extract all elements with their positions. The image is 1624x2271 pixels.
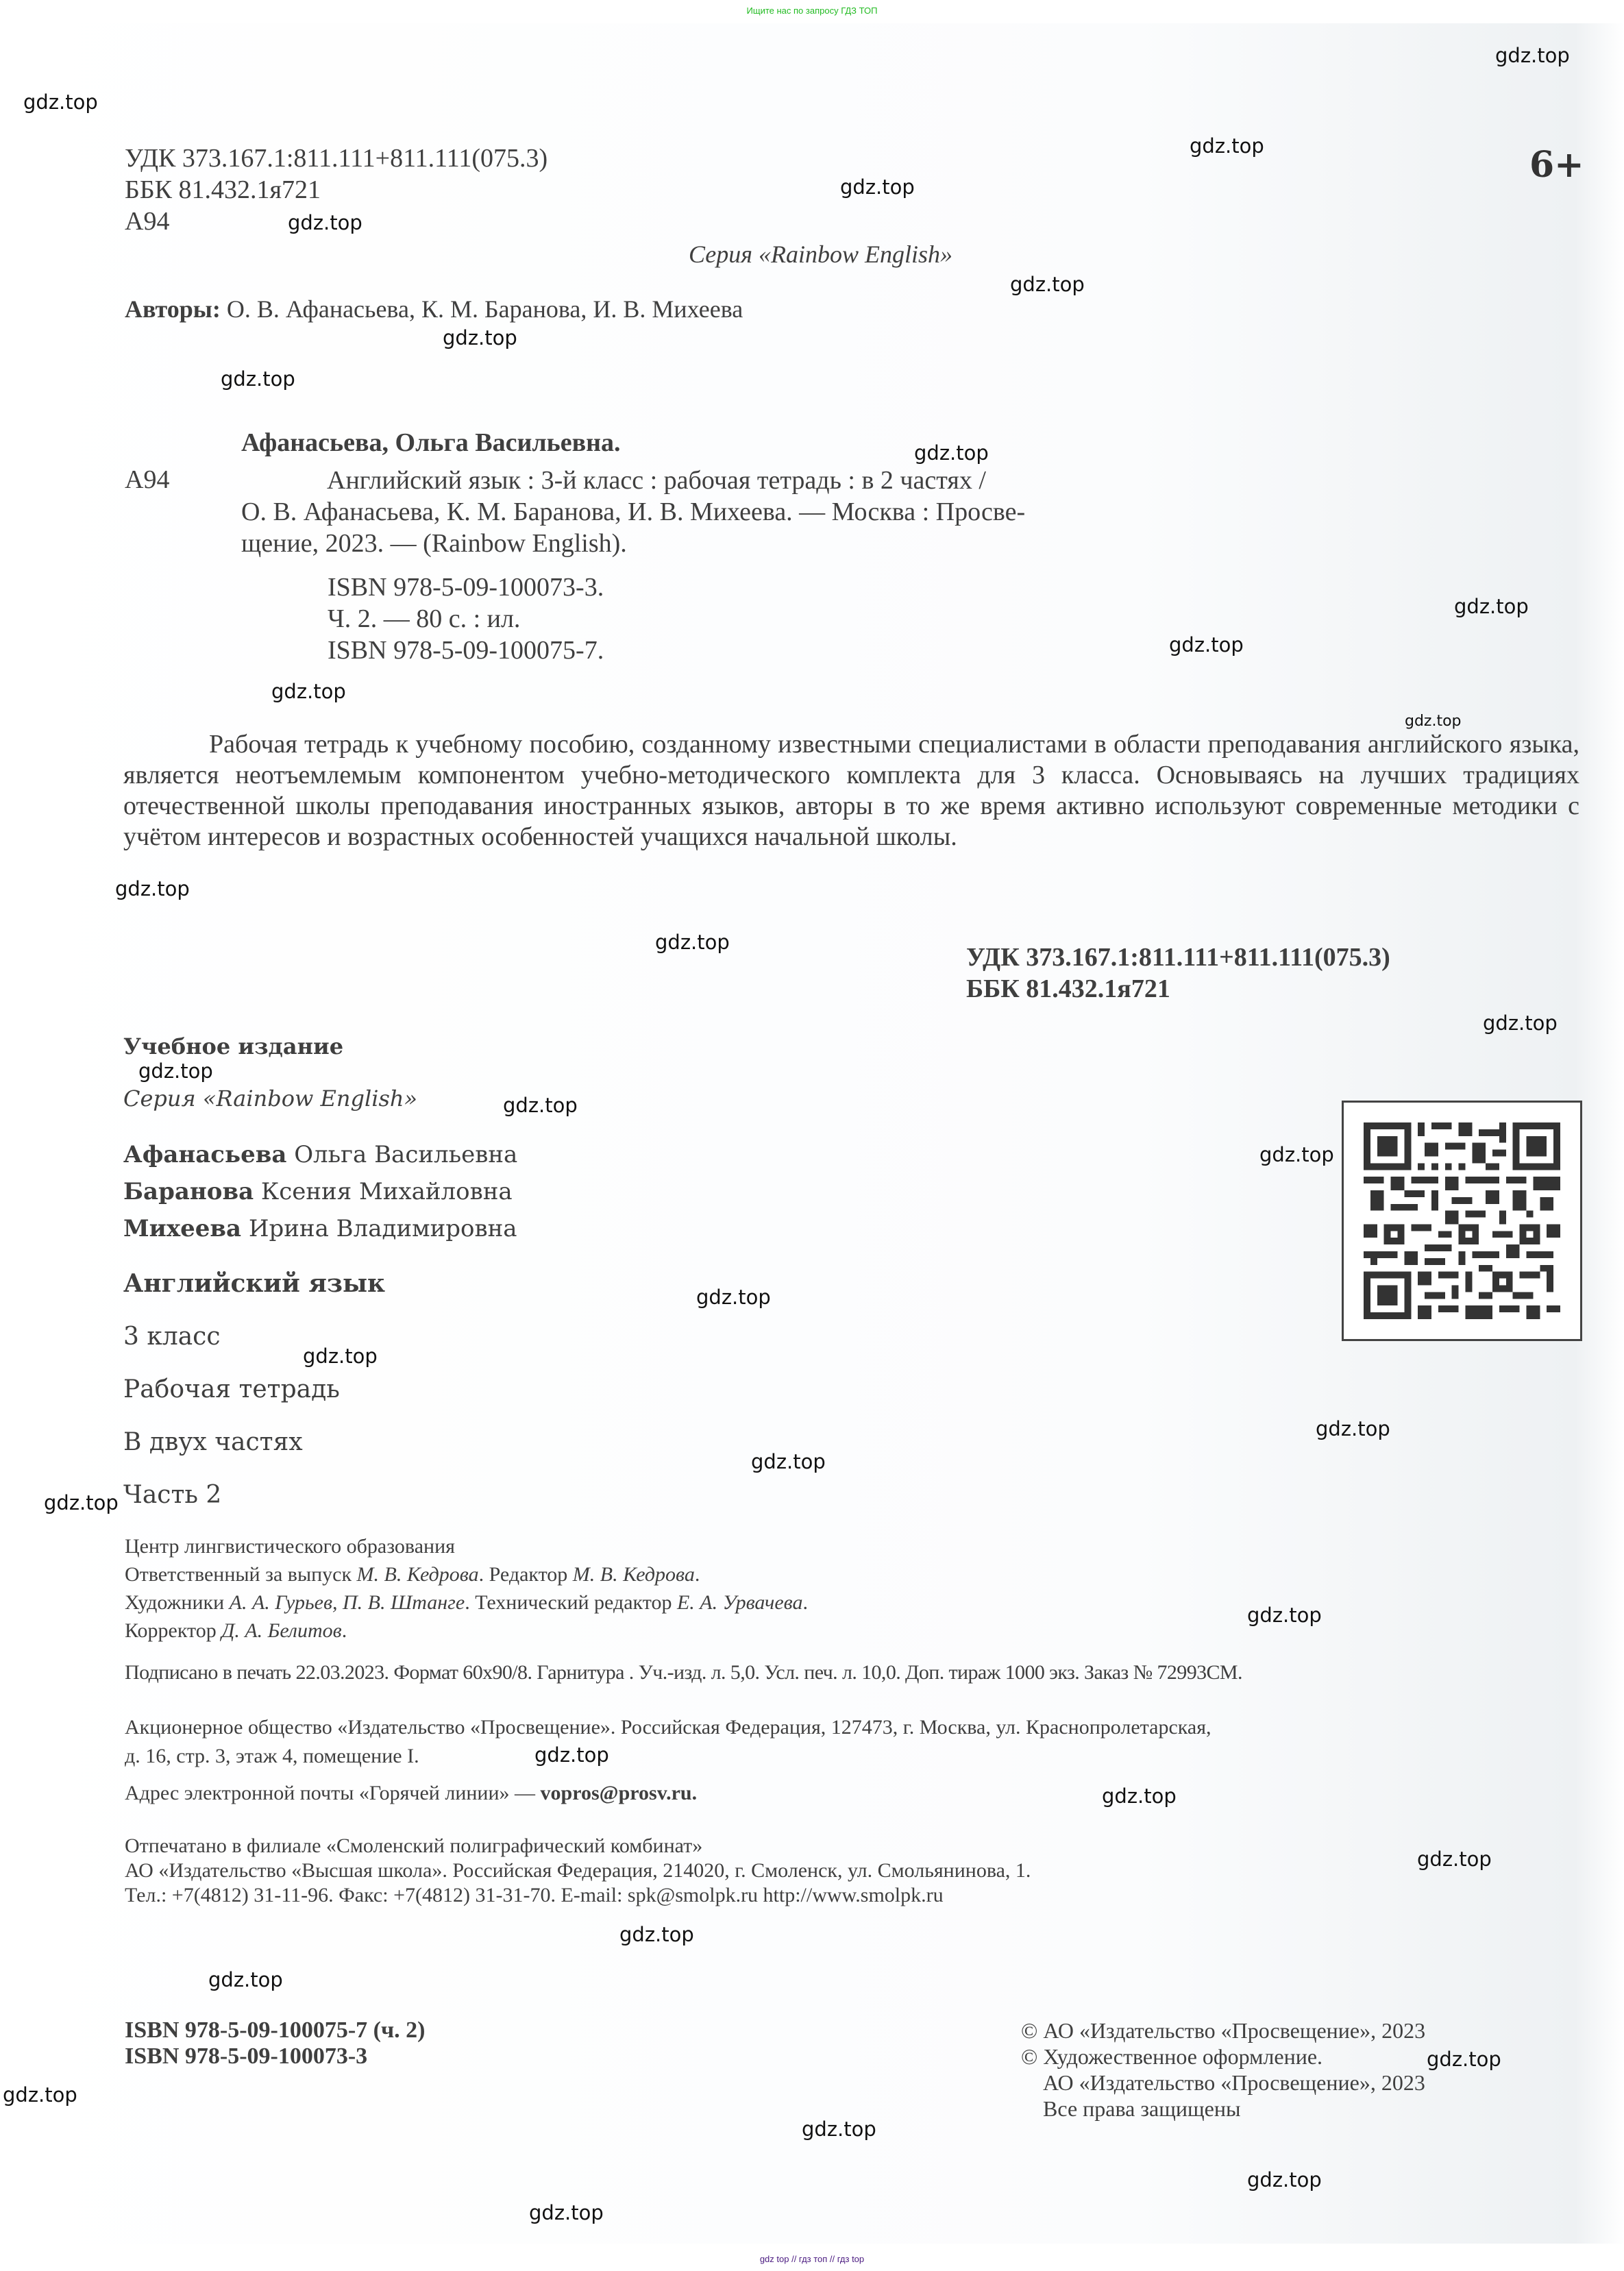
- author-surname: Афанасьева: [123, 1141, 286, 1168]
- copyright-line: © АО «Издательство «Просвещение», 2023: [1021, 2017, 1425, 2043]
- age-rating: 6+: [1529, 144, 1584, 186]
- author-given: Ирина Владимировна: [249, 1215, 517, 1242]
- bbk-code: ББК 81.432.1я721: [125, 174, 548, 206]
- watermark: gdz.top: [1102, 1784, 1177, 1808]
- watermark: gdz.top: [503, 1094, 578, 1117]
- author-entry: Баранова Ксения Михайловна: [123, 1173, 517, 1210]
- authors-names: О. В. Афанасьева, К. М. Баранова, И. В. …: [227, 295, 743, 323]
- watermark: gdz.top: [1010, 273, 1085, 296]
- hotline-label: Адрес электронной почты «Горячей линии» …: [125, 1782, 541, 1804]
- author-surname: Михеева: [123, 1215, 241, 1242]
- watermark: gdz.top: [1405, 713, 1462, 730]
- watermark: gdz.top: [271, 680, 346, 703]
- watermark: gdz.top: [840, 175, 915, 199]
- author-surname: Баранова: [123, 1178, 254, 1205]
- site-links[interactable]: gdz top // гдз топ // гдз top: [0, 2254, 1624, 2264]
- printer-line: Отпечатано в филиале «Смоленский полигра…: [125, 1834, 1031, 1858]
- bib-mark: А94: [125, 465, 169, 495]
- bib-line: щение, 2023. — (Rainbow English).: [241, 528, 1025, 559]
- credits-center: Центр лингвистического образования: [125, 1532, 808, 1560]
- authors-line: Авторы: О. В. Афанасьева, К. М. Баранова…: [125, 295, 743, 323]
- hotline: Адрес электронной почты «Горячей линии» …: [125, 1782, 697, 1805]
- watermark: gdz.top: [1417, 1848, 1492, 1871]
- copyright-block: © АО «Издательство «Просвещение», 2023 ©…: [1021, 2017, 1425, 2122]
- watermark: gdz.top: [802, 2117, 876, 2141]
- credits: Центр лингвистического образования Ответ…: [125, 1532, 808, 1645]
- watermark: gdz.top: [1169, 633, 1244, 656]
- watermark: gdz.top: [208, 1968, 283, 1991]
- isbn-part: ISBN 978-5-09-100075-7.: [328, 635, 604, 666]
- udk-code: УДК 373.167.1:811.111+811.111(075.3): [125, 143, 548, 174]
- print-info: Подписано в печать 22.03.2023. Формат 60…: [125, 1661, 1242, 1684]
- watermark: gdz.top: [1427, 2048, 1501, 2071]
- edition-type: Учебное издание: [123, 1033, 343, 1059]
- hotline-email[interactable]: vopros@prosv.ru.: [541, 1782, 698, 1804]
- watermark: gdz.top: [1259, 1143, 1334, 1166]
- copyright-line: АО «Издательство «Просвещение», 2023: [1021, 2070, 1425, 2096]
- annotation-text: Рабочая тетрадь к учебному пособию, созд…: [123, 729, 1579, 852]
- watermark: gdz.top: [1483, 1011, 1558, 1035]
- watermark: gdz.top: [23, 90, 98, 114]
- isbn-footer: ISBN 978-5-09-100075-7 (ч. 2) ISBN 978-5…: [125, 2017, 425, 2070]
- copyright-line: © Художественное оформление.: [1021, 2043, 1425, 2070]
- author-entry: Михеева Ирина Владимировна: [123, 1210, 517, 1247]
- watermark: gdz.top: [1495, 44, 1570, 67]
- main-author: Афанасьева, Ольга Васильевна.: [241, 428, 621, 458]
- edition-authors: Афанасьева Ольга Васильевна Баранова Ксе…: [123, 1136, 517, 1247]
- bbk-code-footer: ББК 81.432.1я721: [966, 973, 1390, 1005]
- edition-subject: Английский язык: [123, 1269, 385, 1298]
- authors-label: Авторы:: [125, 295, 221, 323]
- qr-code[interactable]: [1342, 1101, 1582, 1341]
- watermark: gdz.top: [914, 441, 989, 465]
- publisher-line: Акционерное общество «Издательство «Прос…: [125, 1713, 1211, 1742]
- watermark: gdz.top: [1190, 134, 1264, 158]
- bib-description: Английский язык : 3-й класс : рабочая те…: [241, 465, 1025, 559]
- watermark: gdz.top: [1316, 1417, 1390, 1440]
- watermark: gdz.top: [221, 367, 295, 391]
- annotation: Рабочая тетрадь к учебному пособию, созд…: [123, 729, 1579, 852]
- printer-line: АО «Издательство «Высшая школа». Российс…: [125, 1858, 1031, 1883]
- bottom-banner: gdz top // гдз топ // гдз top: [0, 2244, 1624, 2271]
- author-given: Ксения Михайловна: [261, 1178, 513, 1205]
- watermark: gdz.top: [1247, 1604, 1322, 1627]
- bib-isbn-block: ISBN 978-5-09-100073-3. Ч. 2. — 80 с. : …: [328, 572, 604, 666]
- watermark: gdz.top: [115, 877, 190, 900]
- series-title: Серия «Rainbow English»: [689, 240, 952, 269]
- footer-codes: УДК 373.167.1:811.111+811.111(075.3) ББК…: [966, 942, 1390, 1005]
- udk-code-footer: УДК 373.167.1:811.111+811.111(075.3): [966, 942, 1390, 973]
- watermark: gdz.top: [696, 1286, 771, 1309]
- publisher-line: д. 16, стр. 3, этаж 4, помещение I.: [125, 1742, 1211, 1771]
- book-imprint-page: Ищите нас по запросу ГДЗ ТОП 6+ УДК 373.…: [0, 0, 1624, 2271]
- watermark: gdz.top: [1247, 2168, 1322, 2192]
- printer-line: Тел.: +7(4812) 31-11-96. Факс: +7(4812) …: [125, 1883, 1031, 1908]
- watermark: gdz.top: [534, 1743, 609, 1767]
- qr-code-icon: [1364, 1122, 1560, 1319]
- watermark: gdz.top: [303, 1345, 378, 1368]
- watermark: gdz.top: [44, 1491, 119, 1514]
- watermark: gdz.top: [443, 326, 517, 349]
- watermark: gdz.top: [619, 1923, 694, 1946]
- credits-corrector: Корректор Д. А. Белитов.: [125, 1617, 808, 1645]
- watermark: gdz.top: [529, 2201, 604, 2224]
- printer-info: Отпечатано в филиале «Смоленский полигра…: [125, 1834, 1031, 1908]
- bib-line: О. В. Афанасьева, К. М. Баранова, И. В. …: [241, 496, 1025, 528]
- bib-line: Английский язык : 3-й класс : рабочая те…: [241, 465, 1025, 496]
- top-banner: Ищите нас по запросу ГДЗ ТОП: [0, 0, 1624, 23]
- author-given: Ольга Васильевна: [294, 1141, 517, 1168]
- edition-part: Часть 2: [123, 1481, 221, 1509]
- isbn-footer-line: ISBN 978-5-09-100073-3: [125, 2043, 425, 2070]
- copyright-line: Все права защищены: [1021, 2096, 1425, 2122]
- edition-parts: В двух частях: [123, 1428, 303, 1456]
- watermark: gdz.top: [3, 2083, 77, 2107]
- part-info: Ч. 2. — 80 с. : ил.: [328, 603, 604, 635]
- watermark: gdz.top: [138, 1059, 213, 1083]
- edition-book-type: Рабочая тетрадь: [123, 1375, 340, 1403]
- edition-series: Серия «Rainbow English»: [123, 1085, 417, 1112]
- credits-responsible: Ответственный за выпуск М. В. Кедрова. Р…: [125, 1560, 808, 1588]
- credits-artists: Художники А. А. Гурьев, П. В. Штанге. Те…: [125, 1588, 808, 1617]
- watermark: gdz.top: [288, 211, 362, 234]
- search-hint-link[interactable]: Ищите нас по запросу ГДЗ ТОП: [0, 5, 1624, 16]
- edition-grade: 3 класс: [123, 1323, 221, 1351]
- watermark: gdz.top: [1454, 595, 1529, 618]
- isbn-set: ISBN 978-5-09-100073-3.: [328, 572, 604, 603]
- author-entry: Афанасьева Ольга Васильевна: [123, 1136, 517, 1173]
- isbn-footer-line: ISBN 978-5-09-100075-7 (ч. 2): [125, 2017, 425, 2043]
- publisher-address: Акционерное общество «Издательство «Прос…: [125, 1713, 1211, 1771]
- watermark: gdz.top: [751, 1450, 826, 1473]
- watermark: gdz.top: [655, 931, 730, 954]
